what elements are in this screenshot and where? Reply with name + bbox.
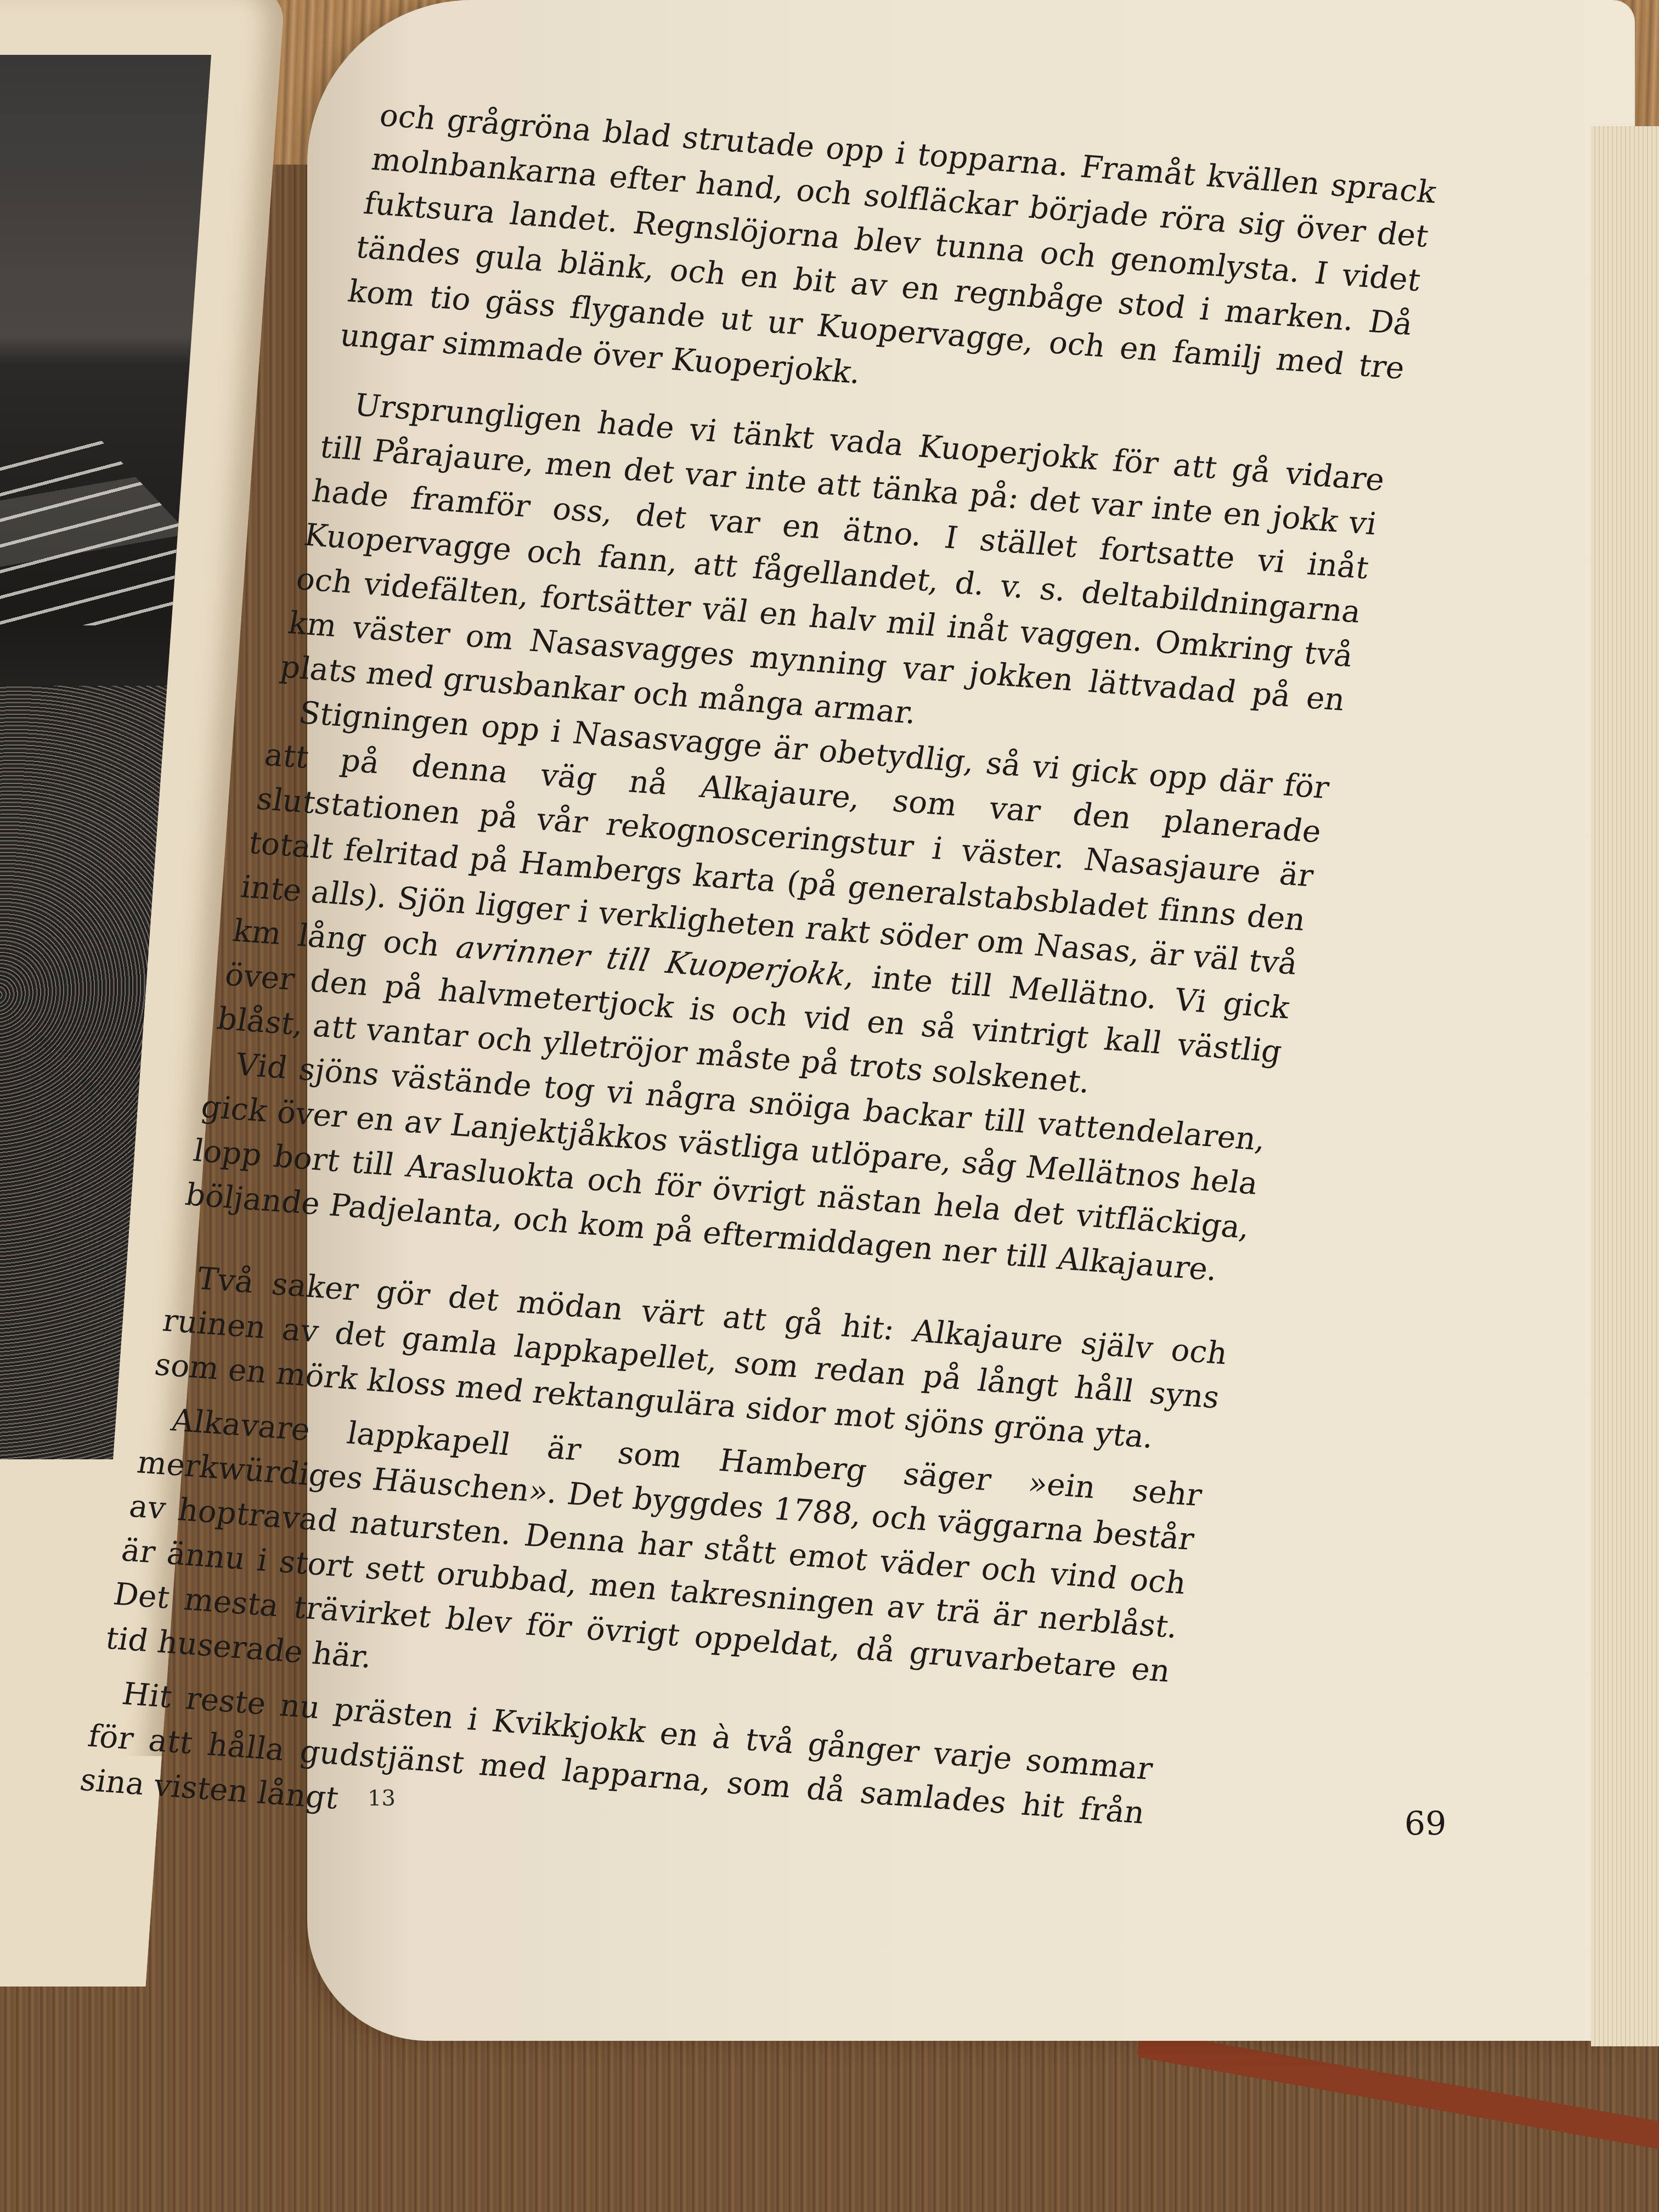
snowy-mountain-slope: [0, 439, 184, 625]
book-binding-edge: [1136, 2030, 1659, 2152]
page-stack-edges: [1591, 126, 1659, 2046]
signature-mark: 13: [368, 1786, 396, 1811]
page-number: 69: [1404, 1805, 1446, 1843]
